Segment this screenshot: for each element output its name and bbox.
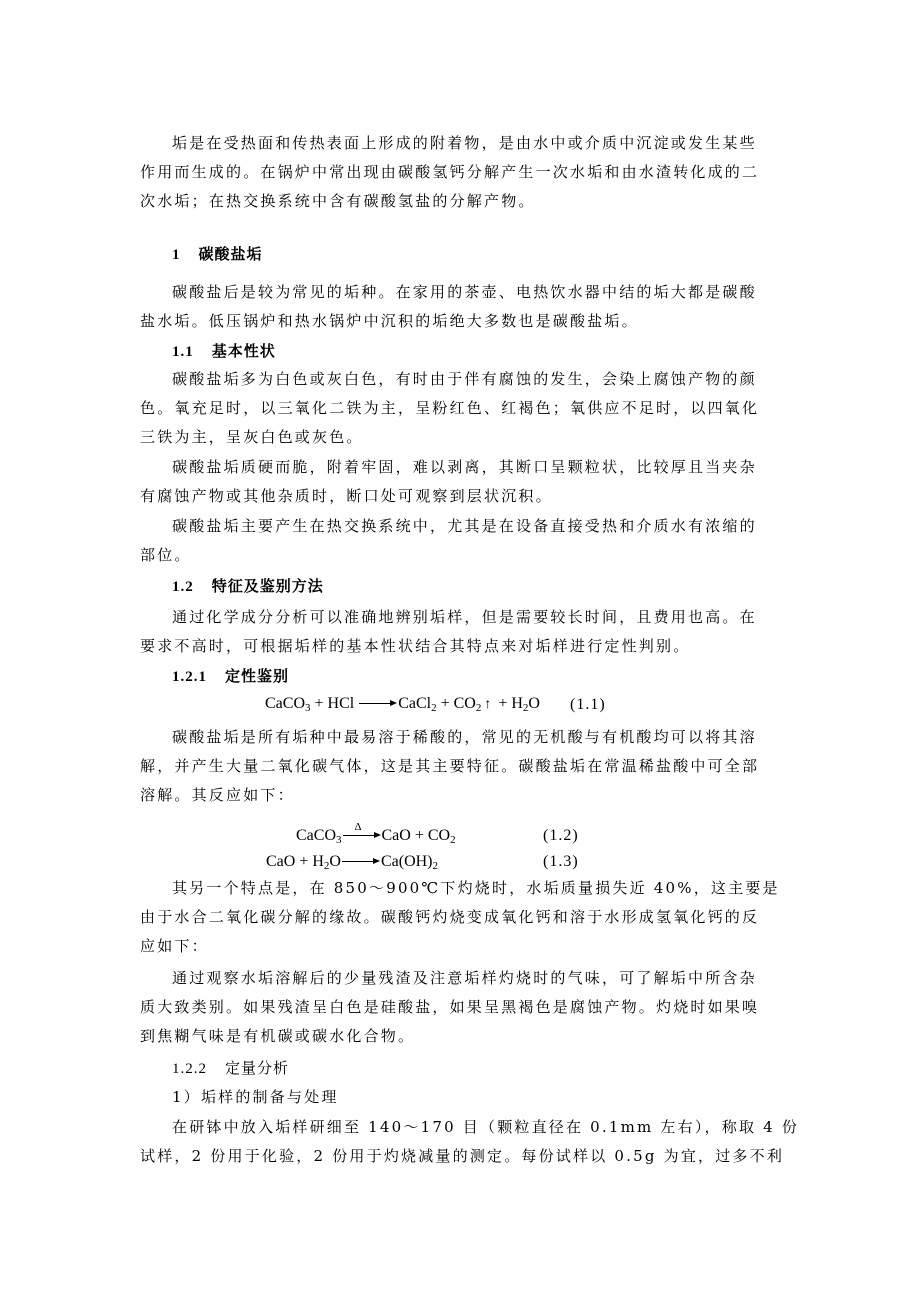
paragraph-line: 质大致类别。如果残渣呈白色是硅酸盐，如果呈黑褐色是腐蚀产物。灼烧时如果嗅 (140, 997, 790, 1017)
subsubsection-heading: 1.2.1定性鉴别 (172, 666, 822, 687)
paragraph-line: 由于水合二氧化碳分解的缘故。碳酸钙灼烧变成氧化钙和溶于水形成氢氧化钙的反 (140, 907, 790, 927)
equation-1-2: CaCO3ΔCaO + CO2 (296, 826, 456, 850)
intro-line: 垢是在受热面和传热表面上形成的附着物，是由水中或介质中沉淀或发生某些 (172, 133, 822, 153)
equation-1-3: CaO + H2OCa(OH)2 (266, 852, 438, 876)
section-heading: 1碳酸盐垢 (172, 244, 822, 265)
section-title: 定量分析 (225, 1059, 289, 1077)
paragraph-line: 其另一个特点是，在 850～900℃下灼烧时，水垢质量损失近 40%，这主要是 (172, 878, 822, 898)
section-title: 定性鉴别 (225, 667, 289, 685)
paragraph-line: 溶解。其反应如下： (140, 785, 790, 805)
paragraph-line: 碳酸盐垢主要产生在热交换系统中，尤其是在设备直接受热和介质水有浓缩的 (172, 516, 822, 536)
section-number: 1 (172, 245, 181, 265)
paragraph-line: 通过观察水垢溶解后的少量残渣及注意垢样灼烧时的气味，可了解垢中所含杂 (172, 968, 822, 988)
paragraph-line: 解，并产生大量二氧化碳气体，这是其主要特征。碳酸盐垢在常温稀盐酸中可全部 (140, 756, 790, 776)
paragraph-line: 碳酸盐垢多为白色或灰白色，有时由于伴有腐蚀的发生，会染上腐蚀产物的颜 (172, 369, 822, 389)
paragraph-line: 有腐蚀产物或其他杂质时，断口处可观察到层状沉积。 (140, 486, 790, 506)
paragraph-line: 通过化学成分分析可以准确地辨别垢样，但是需要较长时间，且费用也高。在 (172, 607, 822, 627)
paragraph-line: 碳酸盐垢是所有垢种中最易溶于稀酸的，常见的无机酸与有机酸均可以将其溶 (172, 727, 822, 747)
subsection-heading: 1.2特征及鉴别方法 (172, 576, 822, 597)
equation-number: (1.3) (543, 853, 579, 871)
equation-number: (1.2) (543, 827, 579, 845)
paragraph-line: 部位。 (140, 545, 790, 565)
paragraph-line: 盐水垢。低压锅炉和热水锅炉中沉积的垢绝大多数也是碳酸盐垢。 (140, 311, 790, 331)
paragraph-line: 色。氧充足时，以三氧化二铁为主，呈粉红色、红褐色；氧供应不足时，以四氧化 (140, 398, 790, 418)
delta-symbol: Δ (355, 817, 362, 837)
section-number: 1.2 (172, 577, 194, 597)
document-page: 垢是在受热面和传热表面上形成的附着物，是由水中或介质中沉淀或发生某些 作用而生成… (0, 0, 920, 1302)
intro-line: 次水垢；在热交换系统中含有碳酸氢盐的分解产物。 (140, 191, 790, 211)
section-title: 碳酸盐垢 (199, 245, 263, 263)
section-number: 1.2.2 (172, 1059, 207, 1079)
subsection-heading: 1.1基本性状 (172, 341, 822, 362)
heat-reaction-arrow-icon: Δ (343, 831, 381, 841)
intro-line: 作用而生成的。在锅炉中常出现由碳酸氢钙分解产生一次水垢和由水渣转化成的二 (140, 162, 790, 182)
reaction-arrow-icon (359, 699, 397, 709)
paragraph-line: 在研钵中放入垢样研细至 140～170 目（颗粒直径在 0.1mm 左右），称取… (172, 1117, 822, 1137)
paragraph-line: 试样，2 份用于化验，2 份用于灼烧减量的测定。每份试样以 0.5g 为宜，过多… (140, 1146, 790, 1166)
equation-1-1: CaCO3 + HCl CaCl2 + CO2↑ + H2O (265, 694, 540, 718)
list-item-heading: 1）垢样的制备与处理 (172, 1087, 822, 1107)
paragraph-line: 到焦糊气味是有机碳或碳水化合物。 (140, 1026, 790, 1046)
paragraph-line: 要求不高时，可根据垢样的基本性状结合其特点来对垢样进行定性判别。 (140, 636, 790, 656)
gas-up-arrow-icon: ↑ (484, 695, 491, 715)
section-number: 1.1 (172, 342, 194, 362)
section-title: 特征及鉴别方法 (212, 577, 324, 595)
equation-number: (1.1) (570, 696, 606, 714)
section-title: 基本性状 (212, 342, 276, 360)
paragraph-line: 三铁为主，呈灰白色或灰色。 (140, 427, 790, 447)
paragraph-line: 碳酸盐后是较为常见的垢种。在家用的茶壶、电热饮水器中结的垢大都是碳酸 (172, 282, 822, 302)
paragraph-line: 碳酸盐垢质硬而脆，附着牢固，难以剥离，其断口呈颗粒状，比较厚且当夹杂 (172, 457, 822, 477)
reaction-arrow-icon (342, 857, 380, 867)
paragraph-line: 应如下： (140, 936, 790, 956)
subsubsection-heading: 1.2.2定量分析 (172, 1058, 822, 1079)
section-number: 1.2.1 (172, 667, 207, 687)
